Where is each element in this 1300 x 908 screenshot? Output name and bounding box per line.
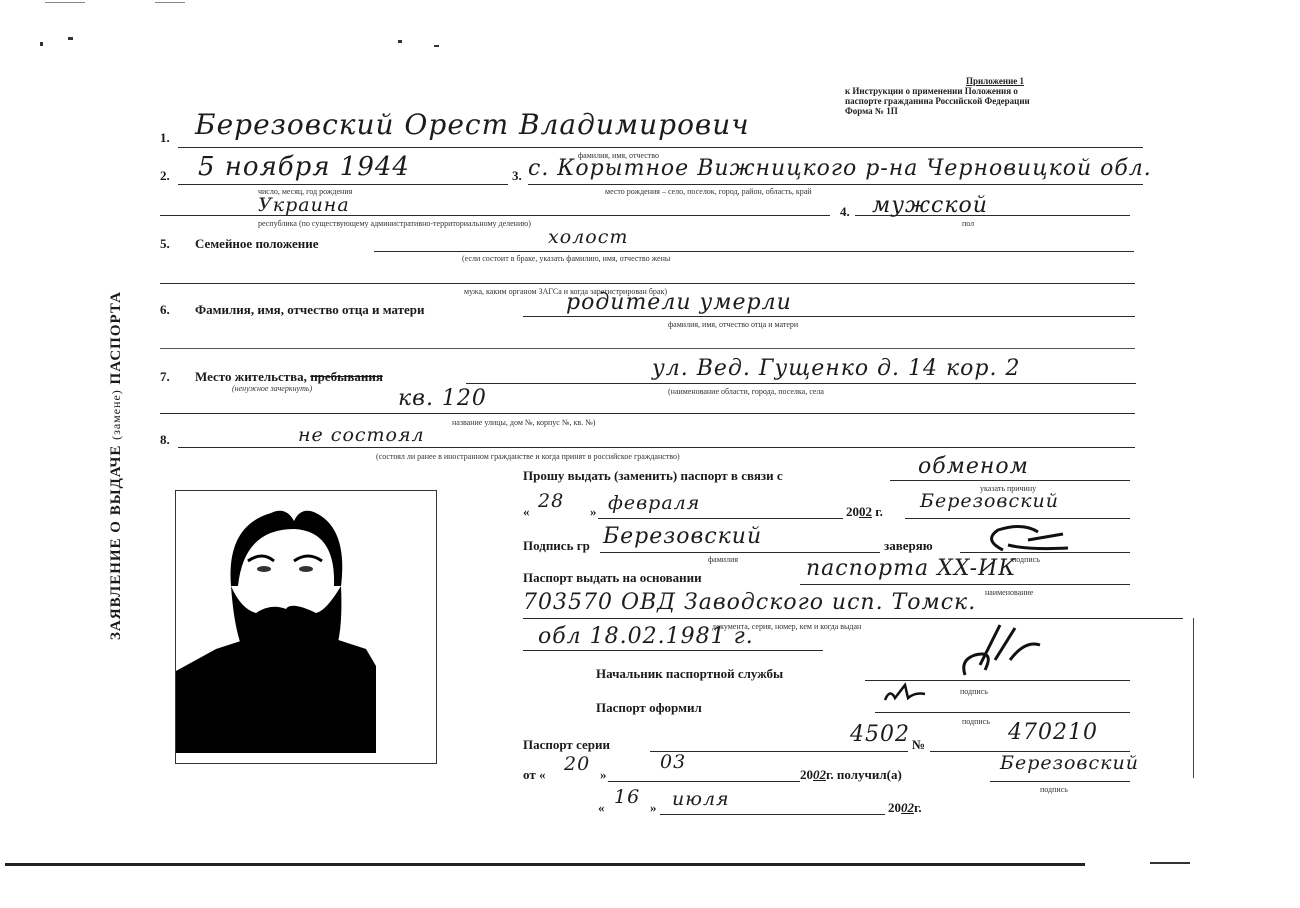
field-number: 4. xyxy=(840,204,850,220)
residence-label-text: Место жительства, xyxy=(195,369,307,384)
request-day-value: 28 xyxy=(538,490,564,512)
date-close-quote: » xyxy=(590,504,597,520)
received-day-value: 16 xyxy=(614,786,640,808)
field-caption: (состоял ли ранее в иностранном гражданс… xyxy=(376,452,680,461)
form-title-vertical: ЗАЯВЛЕНИЕ О ВЫДАЧЕ (замене) ПАСПОРТА xyxy=(108,291,125,640)
field-caption: республика (по существующему администрат… xyxy=(258,219,531,228)
field-caption: фамилия, имя, отчество отца и матери xyxy=(668,320,798,329)
underline xyxy=(528,184,1143,185)
underline xyxy=(608,781,800,782)
year-suffix: 02 xyxy=(859,504,872,519)
applicant-signature-value: Березовский xyxy=(603,524,762,549)
date-close-quote: » xyxy=(600,767,607,783)
underline xyxy=(855,215,1130,216)
foreign-citizenship-value: не состоял xyxy=(298,424,425,446)
underline xyxy=(160,348,1135,349)
year-mark: г. xyxy=(875,504,883,519)
marital-status-value: холост xyxy=(548,226,628,248)
underline xyxy=(178,447,1135,448)
underline xyxy=(160,413,1135,414)
underline xyxy=(875,712,1130,713)
appendix-line: Форма № 1П xyxy=(845,106,1145,116)
field-number: 5. xyxy=(160,236,170,252)
field-caption: (наименование области, города, поселка, … xyxy=(668,387,824,396)
portrait-silhouette-icon xyxy=(176,491,436,763)
field-number: 8. xyxy=(160,432,170,448)
year-prefix: 20 xyxy=(846,504,859,519)
residence-apartment-value: кв. 120 xyxy=(398,386,487,411)
underline xyxy=(523,650,823,651)
field-caption: наименование xyxy=(985,588,1033,597)
page-bottom-rule xyxy=(5,863,1085,866)
received-signature-value: Березовский xyxy=(1000,752,1139,774)
form-right-border xyxy=(1193,618,1194,778)
residence-label: Место жительства, пребывания xyxy=(195,369,383,385)
certify-label: заверяю xyxy=(884,538,933,554)
underline xyxy=(160,215,830,216)
underline xyxy=(960,552,1130,553)
scan-artifact xyxy=(45,2,85,3)
basis-document-value: 703570 ОВД Заводского исп. Томск. xyxy=(523,590,976,615)
appendix-title: Приложение 1 xyxy=(845,76,1145,86)
field-number: 6. xyxy=(160,302,170,318)
request-reason-value: обменом xyxy=(918,454,1029,479)
field-caption: место рождения – село, поселок, город, р… xyxy=(605,187,812,196)
appendix-header: Приложение 1 к Инструкции о применении П… xyxy=(845,76,1145,116)
number-label: № xyxy=(912,737,925,753)
underline xyxy=(660,814,885,815)
page-bottom-rule-fragment xyxy=(1150,862,1190,864)
clerk-label: Паспорт оформил xyxy=(596,700,702,716)
field-caption: название улицы, дом №, корпус №, кв. №) xyxy=(452,418,595,427)
received-year: 2002г. xyxy=(888,800,922,816)
received-month-value: июля xyxy=(672,788,730,810)
year-suffix: 02 xyxy=(901,800,914,815)
scan-artifact xyxy=(398,40,402,43)
title-part-2: ПАСПОРТА xyxy=(108,291,124,384)
birth-place-value: с. Корытное Вижницкого р-на Черновицкой … xyxy=(528,156,1152,181)
field-caption: фамилия xyxy=(708,555,738,564)
certify-signature-icon xyxy=(968,520,1078,560)
underline xyxy=(523,618,1183,619)
date-close-quote: » xyxy=(650,800,657,816)
underline xyxy=(890,480,1130,481)
request-month-value: февраля xyxy=(608,492,700,514)
title-paren: (замене) xyxy=(109,389,123,440)
underline xyxy=(598,518,843,519)
underline xyxy=(990,781,1130,782)
basis-issue-date-value: обл 18.02.1981 г. xyxy=(538,624,754,649)
request-label: Прошу выдать (заменить) паспорт в связи … xyxy=(523,468,783,484)
parents-label: Фамилия, имя, отчество отца и матери xyxy=(195,302,425,318)
field-caption: (если состоит в браке, указать фамилию, … xyxy=(462,254,670,263)
applicant-photo xyxy=(175,490,437,764)
date-open-quote: « xyxy=(598,800,605,816)
field-sublabel: (ненужное зачеркнуть) xyxy=(232,384,312,393)
request-year: 2002 г. xyxy=(846,504,883,520)
issue-day-value: 20 xyxy=(564,753,590,775)
year-prefix: 20 xyxy=(888,800,901,815)
signature-label: Подпись гр xyxy=(523,538,590,554)
request-inline-signature: Березовский xyxy=(920,490,1059,512)
field-number: 1. xyxy=(160,130,170,146)
chief-label: Начальник паспортной службы xyxy=(596,666,783,682)
date-open-quote: « xyxy=(523,504,530,520)
year-suffix: 02 xyxy=(813,767,826,782)
clerk-signature-icon xyxy=(880,680,930,705)
residence-street-value: ул. Вед. Гущенко д. 14 кор. 2 xyxy=(652,356,1020,381)
full-name-value: Березовский Орест Владимирович xyxy=(195,108,750,141)
scan-artifact xyxy=(155,2,185,3)
passport-number-value: 470210 xyxy=(1008,720,1098,745)
field-number: 3. xyxy=(512,168,522,184)
received-label: г. получил(а) xyxy=(826,767,902,782)
underline xyxy=(160,283,1135,284)
republic-value: Украина xyxy=(258,194,350,216)
series-label: Паспорт серии xyxy=(523,737,610,753)
issue-month-value: 03 xyxy=(660,751,686,773)
underline xyxy=(466,383,1136,384)
appendix-line: паспорте гражданина Российской Федерации xyxy=(845,96,1145,106)
underline xyxy=(178,184,508,185)
struck-option: пребывания xyxy=(310,369,383,384)
title-part-1: ЗАЯВЛЕНИЕ О ВЫДАЧЕ xyxy=(108,445,124,640)
issue-year: 2002г. получил(а) xyxy=(800,767,902,783)
parents-value: родители умерли xyxy=(566,290,792,315)
basis-value: паспорта XX-ИК xyxy=(806,556,1016,581)
field-caption: подпись xyxy=(960,687,988,696)
underline xyxy=(523,316,1135,317)
field-caption: пол xyxy=(962,219,974,228)
passport-series-value: 4502 xyxy=(850,722,910,747)
underline xyxy=(600,552,880,553)
underline xyxy=(178,147,1143,148)
scan-artifact xyxy=(434,45,439,47)
chief-signature-icon xyxy=(955,620,1055,680)
field-number: 7. xyxy=(160,369,170,385)
field-number: 2. xyxy=(160,168,170,184)
underline xyxy=(374,251,1134,252)
birth-date-value: 5 ноября 1944 xyxy=(198,152,410,182)
field-caption: подпись xyxy=(962,717,990,726)
basis-label: Паспорт выдать на основании xyxy=(523,570,702,586)
year-prefix: 20 xyxy=(800,767,813,782)
scan-artifact xyxy=(68,37,73,40)
underline xyxy=(650,751,908,752)
issue-from-label: от « xyxy=(523,767,545,783)
field-caption: подпись xyxy=(1040,785,1068,794)
underline xyxy=(905,518,1130,519)
marital-status-label: Семейное положение xyxy=(195,236,319,252)
scan-artifact xyxy=(40,42,43,46)
appendix-line: к Инструкции о применении Положения о xyxy=(845,86,1145,96)
underline xyxy=(800,584,1130,585)
year-mark: г. xyxy=(914,800,922,815)
